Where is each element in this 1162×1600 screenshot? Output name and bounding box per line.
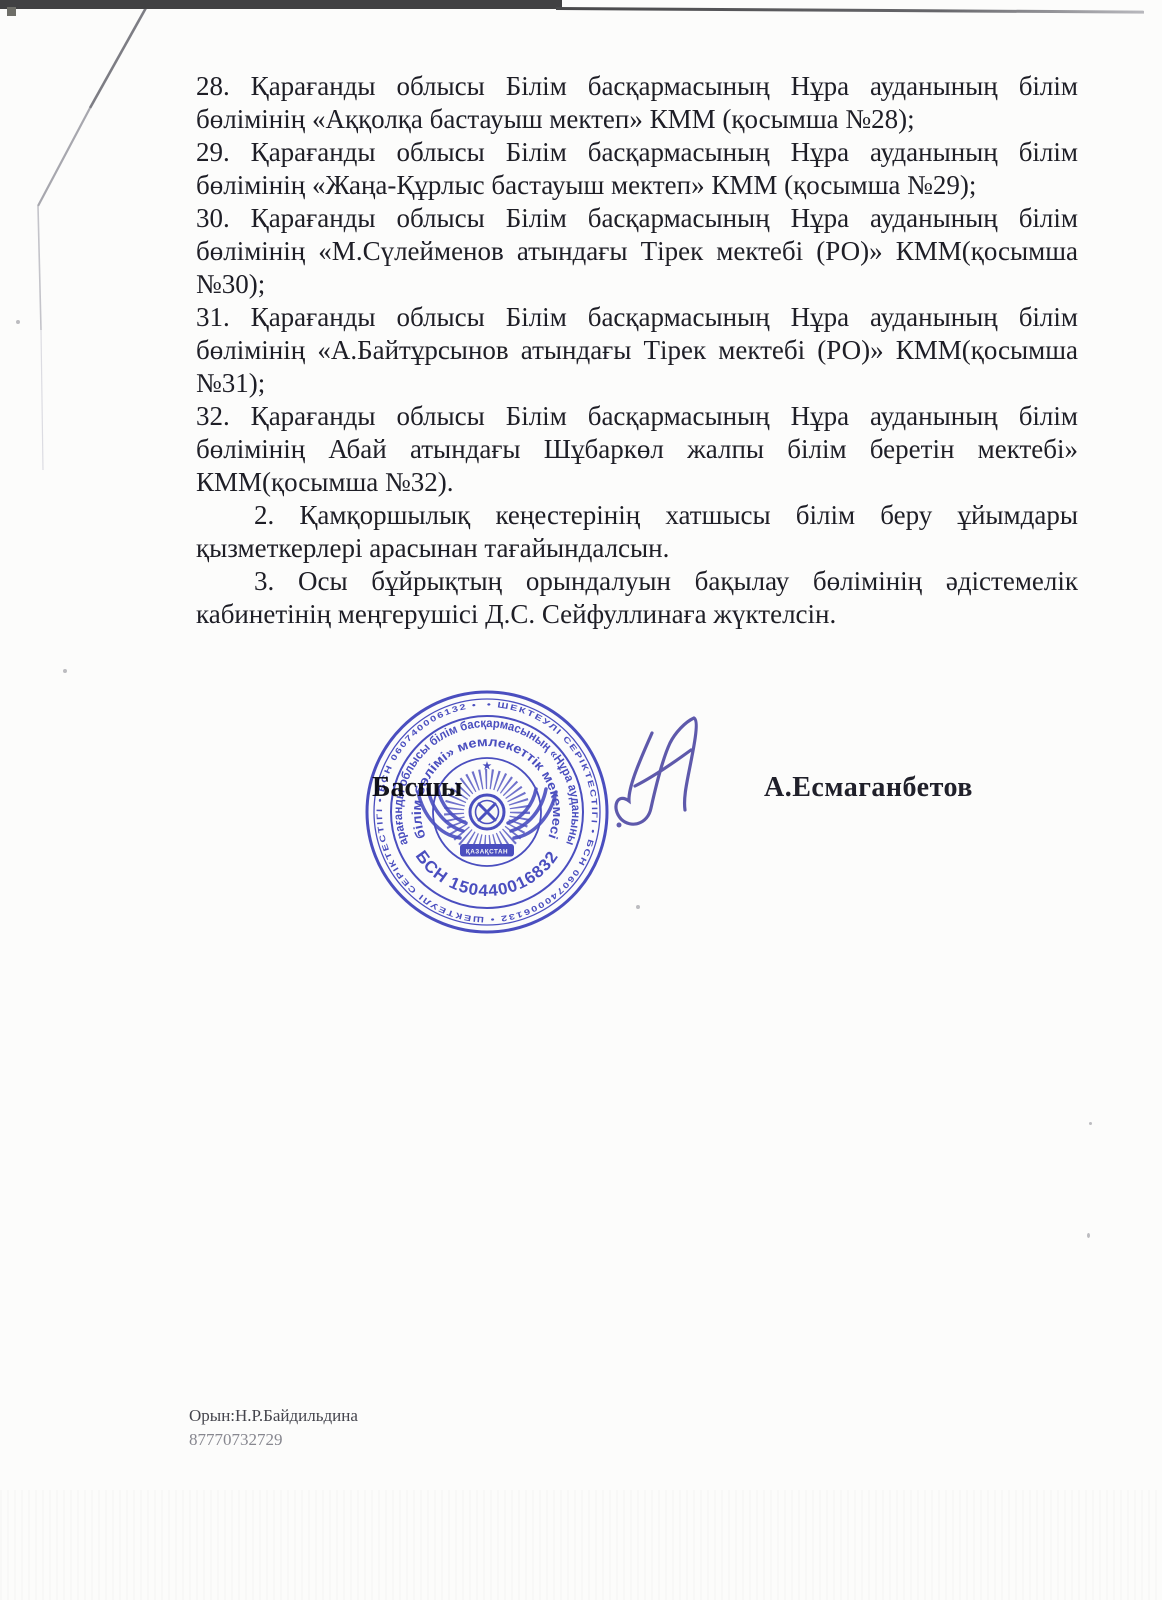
scanned-order-page: 28. Қарағанды облысы Білім басқармасының… [0, 0, 1162, 1600]
text-line: 3. Осы бұйрықтың орындалуын бақылау бөлі… [196, 565, 1078, 598]
clause-2: 2. Қамқоршылық кеңестерінің хатшысы білі… [196, 499, 1078, 565]
scanner-edge-bar [0, 0, 562, 9]
text-line: бөлімінің Абай атындағы Шұбаркөл жалпы б… [196, 433, 1078, 466]
scanner-edge-line [556, 7, 1144, 14]
scan-speck [63, 669, 67, 673]
text-line: №30); [196, 268, 1078, 301]
order-item-29: 29. Қарағанды облысы Білім басқармасының… [196, 136, 1078, 202]
scan-speck [636, 905, 640, 909]
text-line: бөлімінің «М.Сүлейменов атындағы Тірек м… [196, 235, 1078, 268]
text-line: 31. Қарағанды облысы Білім басқармасының… [196, 301, 1078, 334]
footer-phone: 87770732729 [189, 1428, 358, 1452]
signer-name: А.Есмаганбетов [764, 772, 973, 804]
text-line: бөлімінің «Жаңа-Құрлыс бастауыш мектеп» … [196, 169, 1078, 202]
official-stamp: • ШЕКТЕУЛІ СЕРІКТЕСТІГІ • БСН 0607400061… [362, 687, 612, 937]
page-corner-fold-line [0, 0, 220, 500]
scan-debris-mark [7, 7, 16, 16]
ink-signature [595, 698, 725, 863]
document-body: 28. Қарағанды облысы Білім басқармасының… [196, 70, 1078, 631]
order-item-28: 28. Қарағанды облысы Білім басқармасының… [196, 70, 1078, 136]
text-line: кабинетінің меңгерушісі Д.С. Сейфуллинағ… [196, 598, 1078, 631]
scan-speck [1087, 1233, 1090, 1238]
text-line: қызметкерлері арасынан тағайындалсын. [196, 532, 1078, 565]
text-line: КММ(қосымша №32). [196, 466, 1078, 499]
order-item-32: 32. Қарағанды облысы Білім басқармасының… [196, 400, 1078, 499]
clause-3: 3. Осы бұйрықтың орындалуын бақылау бөлі… [196, 565, 1078, 631]
footer-block: Орын:Н.Р.Байдильдина 87770732729 [189, 1404, 358, 1452]
stamp-banner-text: ҚАЗАҚСТАН [466, 849, 508, 856]
text-line: №31); [196, 367, 1078, 400]
scan-noise-band [0, 1490, 1162, 1600]
text-line: 2. Қамқоршылық кеңестерінің хатшысы білі… [196, 499, 1078, 532]
state-emblem-icon: ★ ҚАЗАҚСТАН [418, 761, 556, 857]
text-line: 28. Қарағанды облысы Білім басқармасының… [196, 70, 1078, 103]
text-line: бөлімінің «А.Байтұрсынов атындағы Тірек … [196, 334, 1078, 367]
star-icon: ★ [483, 761, 492, 772]
scan-speck [1089, 1122, 1092, 1125]
text-line: бөлімінің «Аққолқа бастауыш мектеп» КММ … [196, 103, 1078, 136]
text-line: 30. Қарағанды облысы Білім басқармасының… [196, 202, 1078, 235]
order-item-30: 30. Қарағанды облысы Білім басқармасының… [196, 202, 1078, 301]
text-line: 32. Қарағанды облысы Білім басқармасының… [196, 400, 1078, 433]
text-line: 29. Қарағанды облысы Білім басқармасының… [196, 136, 1078, 169]
footer-executor: Орын:Н.Р.Байдильдина [189, 1404, 358, 1428]
order-item-31: 31. Қарағанды облысы Білім басқармасының… [196, 301, 1078, 400]
